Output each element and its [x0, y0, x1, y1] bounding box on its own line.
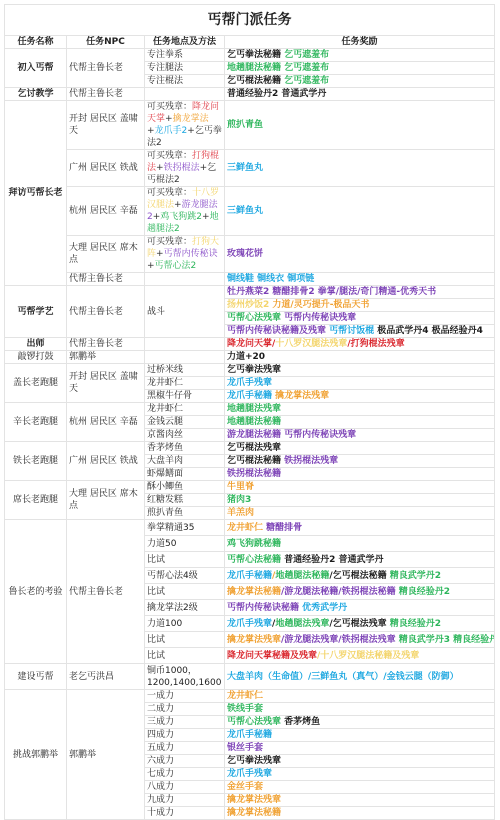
task-name: 丐帮学艺	[5, 286, 67, 338]
table-row: 丐帮学艺代帮主鲁长老战斗牡丹燕菜2 糖醋排骨2 拳掌/腿法/奇门精通-优秀天书	[5, 286, 495, 299]
task-reward: 银丝手套	[225, 742, 495, 755]
text-segment: /打狗棍法残章	[347, 339, 404, 349]
text-segment: 乞丐拳法秘籍	[227, 50, 284, 60]
task-reward: 丐帮心法残章 香茅烤鱼	[225, 716, 495, 729]
task-reward: 游龙腿法秘籍 丐帮内传秘诀残章	[225, 429, 495, 442]
table-body: 初入丐帮代帮主鲁长老专注拳系乞丐拳法秘籍 乞丐遮羞布专注腿法地趟腿法秘籍 乞丐遮…	[5, 49, 495, 793]
task-reward: 金丝手套	[225, 781, 495, 793]
text-segment: 普通经验丹2 普通武学丹	[284, 555, 383, 565]
task-reward: 乞丐拳法残章	[225, 755, 495, 768]
task-method: 可买残章：十八罗汉腿法+游龙腿法2+鸡飞狗跳2+地趟腿法2	[145, 187, 225, 236]
task-reward: 玫瑰花饼	[225, 236, 495, 273]
text-segment: 龙爪手残章	[227, 619, 272, 629]
task-method: 黑椒牛仔骨	[145, 390, 225, 403]
text-segment: 擒龙掌法秘籍	[227, 587, 281, 597]
task-npc: 大理 居民区 席木点	[67, 236, 145, 273]
task-reward: 乞丐棍法秘籍 乞丐遮羞布	[225, 75, 495, 88]
task-name: 初入丐帮	[5, 49, 67, 88]
text-segment: 地趟腿法残章	[227, 404, 281, 414]
text-segment: 龙井虾仁	[227, 691, 263, 701]
task-method: 四成力	[145, 729, 225, 742]
task-reward: 龙爪手秘籍/地趟腿法秘籍/乞丐棍法秘籍 精良武学丹2	[225, 568, 495, 584]
text-segment: 地趟腿法秘籍	[275, 571, 329, 581]
text-segment: 丐帮心法秘籍	[227, 555, 284, 565]
header-task-reward: 任务奖励	[225, 36, 495, 49]
text-segment: 丐帮心法残章	[227, 313, 284, 323]
task-reward: 龙爪手残章/地趟腿法残章/乞丐棍法残章 精良经验丹2	[225, 616, 495, 632]
task-method: 二成力	[145, 703, 225, 716]
task-method: 一成力	[145, 690, 225, 703]
text-segment: 乞丐棍法残章	[227, 443, 281, 453]
task-method: 香茅烤鱼	[145, 442, 225, 455]
text-segment: /乞丐棍法秘籍	[329, 571, 389, 581]
text-segment: 羊羔肉	[227, 508, 254, 518]
task-npc: 郭鹏举	[67, 690, 145, 793]
task-method: 比试	[145, 552, 225, 568]
text-segment: 银丝手套	[227, 743, 263, 753]
quest-table: 丐帮门派任务 任务名称 任务NPC 任务地点及方法 任务奖励 初入丐帮代帮主鲁长…	[4, 4, 495, 792]
task-reward: 丐帮心法残章 丐帮内传秘诀残章	[225, 312, 495, 325]
task-method: 京酱肉丝	[145, 429, 225, 442]
task-method	[145, 351, 225, 364]
task-npc: 代帮主鲁长老	[67, 88, 145, 101]
page-title: 丐帮门派任务	[5, 5, 495, 36]
text-segment: 精良武学丹3 精良经验丹3	[399, 635, 495, 645]
text-segment: 丐帮内传秘诀秘籍	[227, 603, 302, 613]
text-segment: 地趟腿法秘籍	[227, 63, 284, 73]
task-reward: 普通经验丹2 普通武学丹	[225, 88, 495, 101]
task-reward: 铁拐棍法秘籍	[225, 468, 495, 481]
text-segment: 丐帮讨饭棍	[329, 326, 377, 336]
task-npc: 大理 居民区 席木点	[67, 481, 145, 520]
task-name: 乞讨教学	[5, 88, 67, 101]
task-name: 出师	[5, 338, 67, 351]
task-npc: 杭州 居民区 辛磊	[67, 403, 145, 442]
task-method: 可买残章：降龙问天掌+擒龙掌法+龙爪手2+乞丐拳法2	[145, 101, 225, 150]
table-row: 拜访丐帮长老开封 居民区 盖啸天可买残章：降龙问天掌+擒龙掌法+龙爪手2+乞丐拳…	[5, 101, 495, 150]
task-method: 龙井虾仁	[145, 377, 225, 390]
task-name: 拜访丐帮长老	[5, 101, 67, 286]
task-method: 虾爆鳝面	[145, 468, 225, 481]
task-name: 铁长老跑腿	[5, 442, 67, 481]
task-npc: 代帮主鲁长老	[67, 49, 145, 88]
table-row: 建设丐帮老乞丐洪昌铜币1000，1200,1400,1600大盘羊肉（生命值）/…	[5, 664, 495, 690]
task-reward: 龙爪手残章	[225, 377, 495, 390]
task-npc: 代帮主鲁长老	[67, 338, 145, 351]
text-segment: /游龙腿法秘籍/铁拐棍法秘籍	[281, 587, 399, 597]
task-reward: 丐帮内传秘诀秘籍 优秀武学丹	[225, 600, 495, 616]
task-method: 红糖发糕	[145, 494, 225, 507]
text-segment: 三鲜鱼丸	[227, 163, 263, 173]
text-segment: 鸡飞狗跳2	[160, 212, 202, 222]
text-segment: 牛里脊	[227, 482, 254, 492]
text-segment: 丐帮心法2	[155, 261, 197, 271]
text-segment: 丐帮内传秘诀残章	[284, 313, 356, 323]
task-reward: 铁线手套	[225, 703, 495, 716]
text-segment: 大盘羊肉（生命值）/三鲜鱼丸（真气）/金钱云腿（防御）	[227, 672, 459, 682]
table-row: 辛长老跑腿杭州 居民区 辛磊龙井虾仁地趟腿法残章	[5, 403, 495, 416]
quest-table-container: 丐帮门派任务 任务名称 任务NPC 任务地点及方法 任务奖励 初入丐帮代帮主鲁长…	[4, 4, 494, 792]
text-segment: +	[156, 249, 164, 259]
text-segment: 糖醋排骨	[266, 523, 302, 533]
task-reward: 乞丐棍法秘籍 铁拐棍法残章	[225, 455, 495, 468]
text-segment: 普通经验丹2 普通武学丹	[227, 89, 326, 99]
task-method: 七成力	[145, 768, 225, 781]
task-method: 力道100	[145, 616, 225, 632]
task-method: 铜币1000，1200,1400,1600	[145, 664, 225, 690]
task-method: 金钱云腿	[145, 416, 225, 429]
task-reward: 乞丐拳法秘籍 乞丐遮羞布	[225, 49, 495, 62]
text-segment: 极品武学丹4 极品经验丹4	[377, 326, 483, 336]
table-row: 杭州 居民区 辛磊可买残章：十八罗汉腿法+游龙腿法2+鸡飞狗跳2+地趟腿法2三鲜…	[5, 187, 495, 236]
task-reward: 龙爪手秘籍 擒龙掌法残章	[225, 390, 495, 403]
text-segment: 地趟腿法秘籍	[227, 417, 281, 427]
task-method: 过桥米线	[145, 364, 225, 377]
task-name: 盖长老跑腿	[5, 364, 67, 403]
text-segment: 铁拐棍法秘籍	[227, 469, 281, 479]
text-segment: 乞丐遮羞布	[284, 63, 329, 73]
text-segment: 猪肉3	[227, 495, 251, 505]
text-segment: 丐帮心法残章	[227, 717, 284, 727]
text-segment: 铁线手套	[227, 704, 263, 714]
text-segment: 地趟腿法残章	[275, 619, 329, 629]
text-segment: 擒龙掌法	[173, 114, 209, 124]
text-segment: 优秀武学丹	[302, 603, 347, 613]
task-method: 比试	[145, 648, 225, 664]
task-method: 力道50	[145, 536, 225, 552]
task-reward: 力道+20	[225, 351, 495, 364]
text-segment: 三鲜鱼丸	[227, 206, 263, 216]
text-segment: +	[147, 126, 155, 136]
task-reward: 大盘羊肉（生命值）/三鲜鱼丸（真气）/金钱云腿（防御）	[225, 664, 495, 690]
task-method: 八成力	[145, 781, 225, 793]
task-reward: 丐帮心法秘籍 普通经验丹2 普通武学丹	[225, 552, 495, 568]
table-row: 广州 居民区 铁战可买残章：打狗棍法+铁拐棍法+乞丐棍法2三鲜鱼丸	[5, 150, 495, 187]
task-reward: 乞丐拳法残章	[225, 364, 495, 377]
task-method: 专注拳系	[145, 49, 225, 62]
task-npc: 广州 居民区 铁战	[67, 150, 145, 187]
task-reward: 降龙问天掌/十八罗汉腿法残章/打狗棍法残章	[225, 338, 495, 351]
table-row: 初入丐帮代帮主鲁长老专注拳系乞丐拳法秘籍 乞丐遮羞布	[5, 49, 495, 62]
task-name: 鲁长老的考验	[5, 520, 67, 664]
text-segment: 乞丐拳法残章	[227, 365, 281, 375]
text-segment: 擒龙掌法残章	[275, 391, 329, 401]
text-segment: 金丝手套	[227, 782, 263, 792]
task-method	[145, 88, 225, 101]
task-reward: 三鲜鱼丸	[225, 187, 495, 236]
header-task-location: 任务地点及方法	[145, 36, 225, 49]
task-name: 席长老跑腿	[5, 481, 67, 520]
text-segment: +	[202, 212, 210, 222]
text-segment: 扬州炒饭2	[227, 300, 272, 310]
text-segment: 降龙问天掌秘籍及残章	[227, 651, 317, 661]
table-row: 挑战郭鹏举郭鹏举一成力龙井虾仁	[5, 690, 495, 703]
task-reward: 乞丐棍法残章	[225, 442, 495, 455]
task-method: 龙井虾仁	[145, 403, 225, 416]
text-segment: 丐帮内传秘诀秘籍及残章	[227, 326, 329, 336]
task-method: 丐帮心法4级	[145, 568, 225, 584]
text-segment: 力道+20	[227, 352, 265, 362]
text-segment: 龙井虾仁	[227, 523, 266, 533]
task-npc: 杭州 居民区 辛磊	[67, 187, 145, 236]
task-method: 战斗	[145, 286, 225, 338]
task-method: 拳掌精通35	[145, 520, 225, 536]
table-row: 大理 居民区 席木点可买残章：打狗大阵+丐帮内传秘诀+丐帮心法2玫瑰花饼	[5, 236, 495, 273]
text-segment: 十八罗汉腿法残章	[275, 339, 347, 349]
header-row: 任务名称 任务NPC 任务地点及方法 任务奖励	[5, 36, 495, 49]
task-reward: 铜线鞋 铜线衣 铜项链	[225, 273, 495, 286]
task-method: 五成力	[145, 742, 225, 755]
text-segment: 乞丐拳法残章	[227, 756, 281, 766]
header-task-name: 任务名称	[5, 36, 67, 49]
text-segment: 煎扒青鱼	[227, 120, 263, 130]
task-method: 煎扒青鱼	[145, 507, 225, 520]
task-reward: 猪肉3	[225, 494, 495, 507]
text-segment: +	[147, 261, 155, 271]
text-segment: 龙爪手秘籍	[227, 571, 272, 581]
text-segment: 精良武学丹2	[390, 571, 441, 581]
task-method: 三成力	[145, 716, 225, 729]
task-npc: 开封 居民区 盖啸天	[67, 101, 145, 150]
text-segment: 香茅烤鱼	[284, 717, 320, 727]
text-segment: /游龙腿法残章/铁拐棍法残章	[281, 635, 399, 645]
text-segment: 可买残章：	[147, 151, 192, 161]
table-row: 代帮主鲁长老铜线鞋 铜线衣 铜项链	[5, 273, 495, 286]
task-method: 可买残章：打狗大阵+丐帮内传秘诀+丐帮心法2	[145, 236, 225, 273]
text-segment: 龙爪手秘籍	[227, 730, 272, 740]
task-method: 六成力	[145, 755, 225, 768]
text-segment: 丐帮内传秘诀	[164, 249, 218, 259]
text-segment: 乞丐棍法秘籍	[227, 76, 284, 86]
task-name: 挑战郭鹏举	[5, 690, 67, 793]
task-reward: 龙井虾仁 糖醋排骨	[225, 520, 495, 536]
task-reward: 地趟腿法秘籍 乞丐遮羞布	[225, 62, 495, 75]
table-row: 席长老跑腿大理 居民区 席木点酥小鲫鱼牛里脊	[5, 481, 495, 494]
text-segment: 游龙腿法秘籍 丐帮内传秘诀残章	[227, 430, 356, 440]
text-segment: /乞丐棍法残章	[329, 619, 389, 629]
text-segment: 鸡飞狗跳秘籍	[227, 539, 281, 549]
task-reward: 擒龙掌法残章/游龙腿法残章/铁拐棍法残章 精良武学丹3 精良经验丹3	[225, 632, 495, 648]
task-method	[145, 338, 225, 351]
text-segment: 铁拐棍法残章	[284, 456, 338, 466]
text-segment: 铜线鞋 铜线衣 铜项链	[227, 274, 314, 284]
task-reward: 三鲜鱼丸	[225, 150, 495, 187]
text-segment: 擒龙掌法残章	[227, 635, 281, 645]
task-method: 酥小鲫鱼	[145, 481, 225, 494]
table-row: 鲁长老的考验代帮主鲁长老拳掌精通35龙井虾仁 糖醋排骨	[5, 520, 495, 536]
text-segment: 乞丐棍法秘籍	[227, 456, 284, 466]
task-reward: 丐帮内传秘诀秘籍及残章 丐帮讨饭棍 极品武学丹4 极品经验丹4	[225, 325, 495, 338]
text-segment: 降龙问天掌/	[227, 339, 275, 349]
task-reward: 擒龙掌法秘籍/游龙腿法秘籍/铁拐棍法秘籍 精良经验丹2	[225, 584, 495, 600]
task-reward: 鸡飞狗跳秘籍	[225, 536, 495, 552]
task-name: 辛长老跑腿	[5, 403, 67, 442]
text-segment: 精良经验丹2	[390, 619, 441, 629]
task-reward: 羊羔肉	[225, 507, 495, 520]
text-segment: 可买残章：	[147, 102, 192, 112]
table-row: 铁长老跑腿广州 居民区 铁战香茅烤鱼乞丐棍法残章	[5, 442, 495, 455]
table-row: 乞讨教学代帮主鲁长老普通经验丹2 普通武学丹	[5, 88, 495, 101]
text-segment: 力道/灵巧提升-极品天书	[272, 300, 369, 310]
task-name: 建设丐帮	[5, 664, 67, 690]
task-npc: 代帮主鲁长老	[67, 273, 145, 286]
task-reward: 地趟腿法残章	[225, 403, 495, 416]
task-name: 敲锣打鼓	[5, 351, 67, 364]
text-segment: 龙爪手残章	[227, 769, 272, 779]
task-npc: 代帮主鲁长老	[67, 286, 145, 338]
task-method: 比试	[145, 584, 225, 600]
task-npc: 开封 居民区 盖啸天	[67, 364, 145, 403]
text-segment: 乞丐遮羞布	[284, 76, 329, 86]
text-segment: 可买残章：	[147, 237, 192, 247]
task-method: 擒龙掌法2级	[145, 600, 225, 616]
task-reward: 煎扒青鱼	[225, 101, 495, 150]
task-method: 可买残章：打狗棍法+铁拐棍法+乞丐棍法2	[145, 150, 225, 187]
task-method: 比试	[145, 632, 225, 648]
task-method: 专注棍法	[145, 75, 225, 88]
text-segment: 乞丐遮羞布	[284, 50, 329, 60]
text-segment: 牡丹燕菜2 糖醋排骨2 拳掌/腿法/奇门精通-优秀天书	[227, 287, 436, 297]
table-row: 盖长老跑腿开封 居民区 盖啸天过桥米线乞丐拳法残章	[5, 364, 495, 377]
table-row: 敲锣打鼓郭鹏举力道+20	[5, 351, 495, 364]
header-task-npc: 任务NPC	[67, 36, 145, 49]
text-segment: 龙爪手2	[155, 126, 188, 136]
task-npc: 老乞丐洪昌	[67, 664, 145, 690]
task-npc: 郭鹏举	[67, 351, 145, 364]
task-reward: 牡丹燕菜2 糖醋排骨2 拳掌/腿法/奇门精通-优秀天书	[225, 286, 495, 299]
text-segment: 龙爪手秘籍	[227, 391, 275, 401]
task-reward: 龙爪手残章	[225, 768, 495, 781]
task-npc: 代帮主鲁长老	[67, 520, 145, 664]
text-segment: /十八罗汉腿法秘籍及残章	[317, 651, 419, 661]
text-segment: 玫瑰花饼	[227, 249, 263, 259]
task-method: 大盘羊肉	[145, 455, 225, 468]
text-segment: +	[156, 163, 164, 173]
text-segment: 可买残章：	[147, 188, 192, 198]
task-method: 专注腿法	[145, 62, 225, 75]
task-reward: 降龙问天掌秘籍及残章/十八罗汉腿法秘籍及残章	[225, 648, 495, 664]
task-method	[145, 273, 225, 286]
table-row: 出师代帮主鲁长老降龙问天掌/十八罗汉腿法残章/打狗棍法残章	[5, 338, 495, 351]
text-segment: 精良经验丹2	[399, 587, 450, 597]
text-segment: 铁拐棍法	[164, 163, 200, 173]
task-reward: 牛里脊	[225, 481, 495, 494]
task-reward: 龙井虾仁	[225, 690, 495, 703]
task-npc: 广州 居民区 铁战	[67, 442, 145, 481]
text-segment: +	[174, 200, 182, 210]
task-reward: 扬州炒饭2 力道/灵巧提升-极品天书	[225, 299, 495, 312]
text-segment: +	[165, 114, 173, 124]
text-segment: 龙爪手残章	[227, 378, 272, 388]
task-reward: 地趟腿法秘籍	[225, 416, 495, 429]
task-reward: 龙爪手秘籍	[225, 729, 495, 742]
